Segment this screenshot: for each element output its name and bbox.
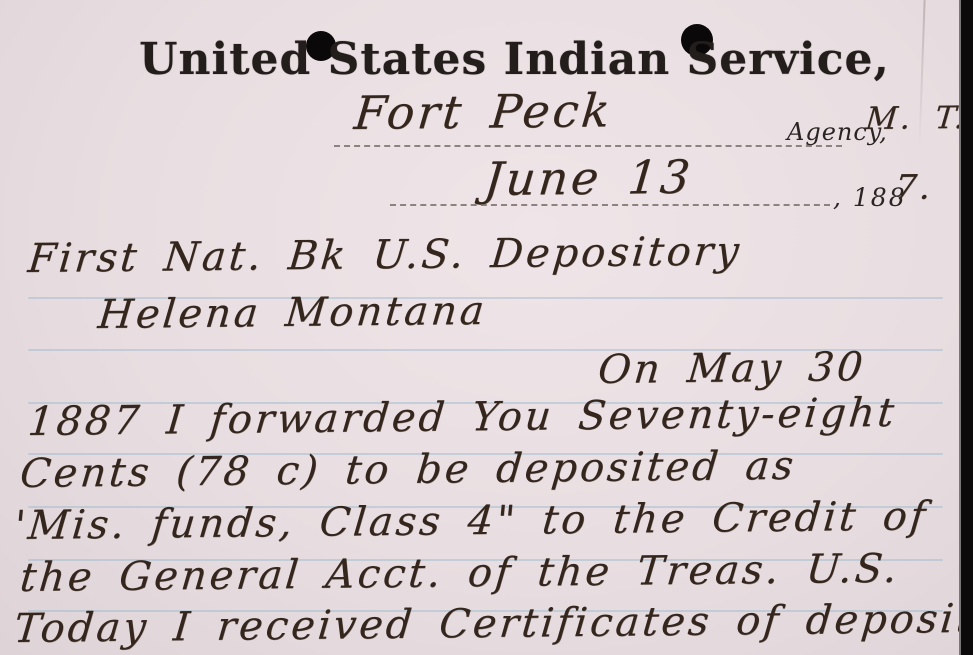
letterhead-title: United States Indian Service, [28,34,973,85]
handwritten-line: On May 30 [596,344,868,393]
handwritten-date: June 13 [482,150,695,206]
handwritten-line: Cents (78 c) to be deposited as [18,443,798,497]
handwritten-territory: M. T. [864,100,969,137]
letter-scan: United States Indian Service, Fort Peck … [0,0,973,655]
handwritten-line: Helena Montana [96,288,489,338]
handwritten-place: Fort Peck [352,83,615,140]
handwritten-line: 'Mis. funds, Class 4" to the Credit of [12,493,930,549]
fill-in-line [334,145,842,147]
handwritten-line: the General Acct. of the Treas. U.S. [18,546,902,601]
handwritten-line: 1887 I forwarded You Seventy-eight [26,390,899,445]
handwritten-line: Today I received Certificates of deposit [12,596,973,652]
scan-edge [959,0,973,655]
fill-in-line [390,204,830,206]
handwritten-year-digit: 7. [893,168,935,208]
handwritten-line: First Nat. Bk U.S. Depository [26,228,744,282]
